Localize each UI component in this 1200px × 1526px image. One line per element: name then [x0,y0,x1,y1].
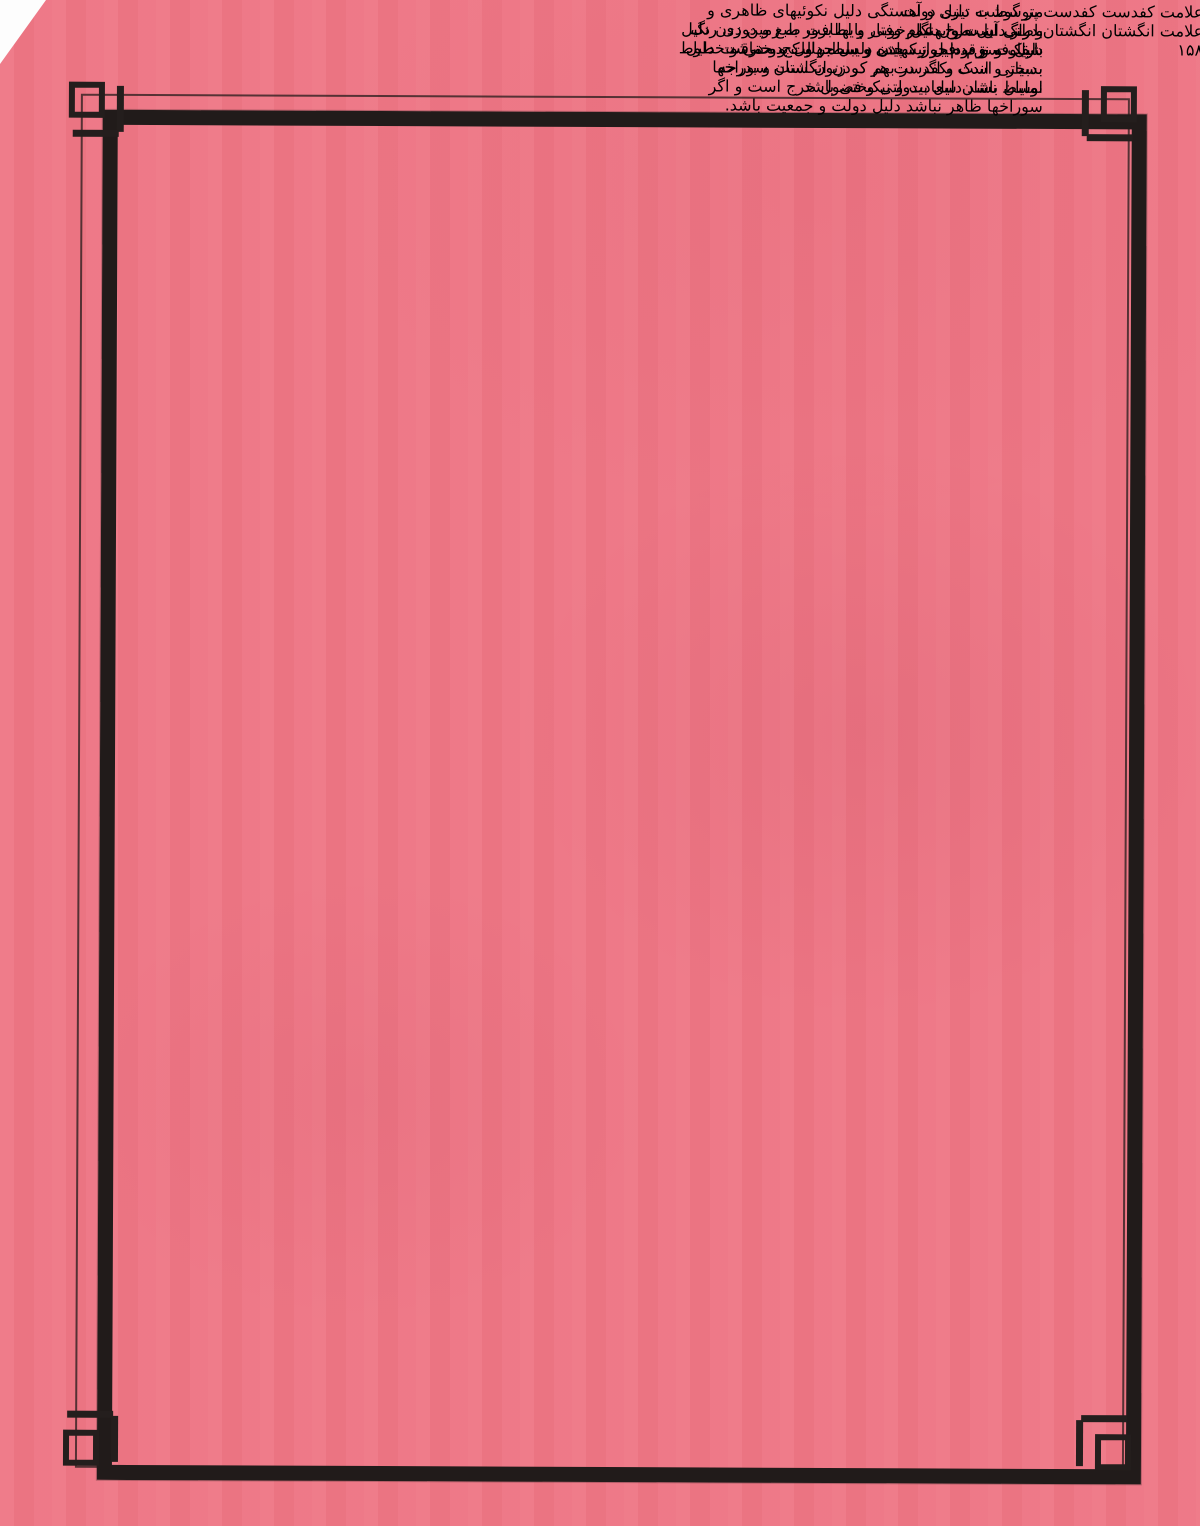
corner-square-icon [1095,1434,1131,1470]
frame-corner-ornament-bottom-left [63,1394,135,1466]
border-frame-inner-rule [97,110,1147,1485]
scanned-book-page: متوسط به تیزی و آهستگی دلیل نکوئیهای ظاه… [0,0,1200,1526]
text-line: سوراخها ظاهر نباشد دلیل دولت و جمعیت باش… [218,93,1043,116]
corner-tick-vertical [117,86,124,132]
corner-tick-horizontal [73,130,119,137]
frame-corner-ornament-top-left [69,82,141,154]
corner-tick-vertical [1076,1420,1083,1466]
corner-square-icon [69,82,105,118]
corner-tick-horizontal [1081,1415,1127,1422]
fingers-section-paragraph: باریک و نرم دلیل نیکبختی و سطبر و کج و د… [218,36,1043,116]
heading-text: علامت كفدست [1102,2,1200,21]
frame-corner-ornament-top-right [1065,86,1137,158]
corner-tick-horizontal [67,1411,113,1418]
corner-square-icon [1101,86,1137,122]
corner-tick-horizontal [1087,134,1133,141]
corner-tick-vertical [1082,90,1089,136]
corner-tick-vertical [111,1416,118,1462]
frame-corner-ornament-bottom-right [1059,1398,1131,1470]
scan-content: متوسط به تیزی و آهستگی دلیل نکوئیهای ظاه… [0,0,1200,1526]
corner-square-icon [63,1430,99,1466]
heading-text: علامت انگشتان [1101,21,1200,40]
